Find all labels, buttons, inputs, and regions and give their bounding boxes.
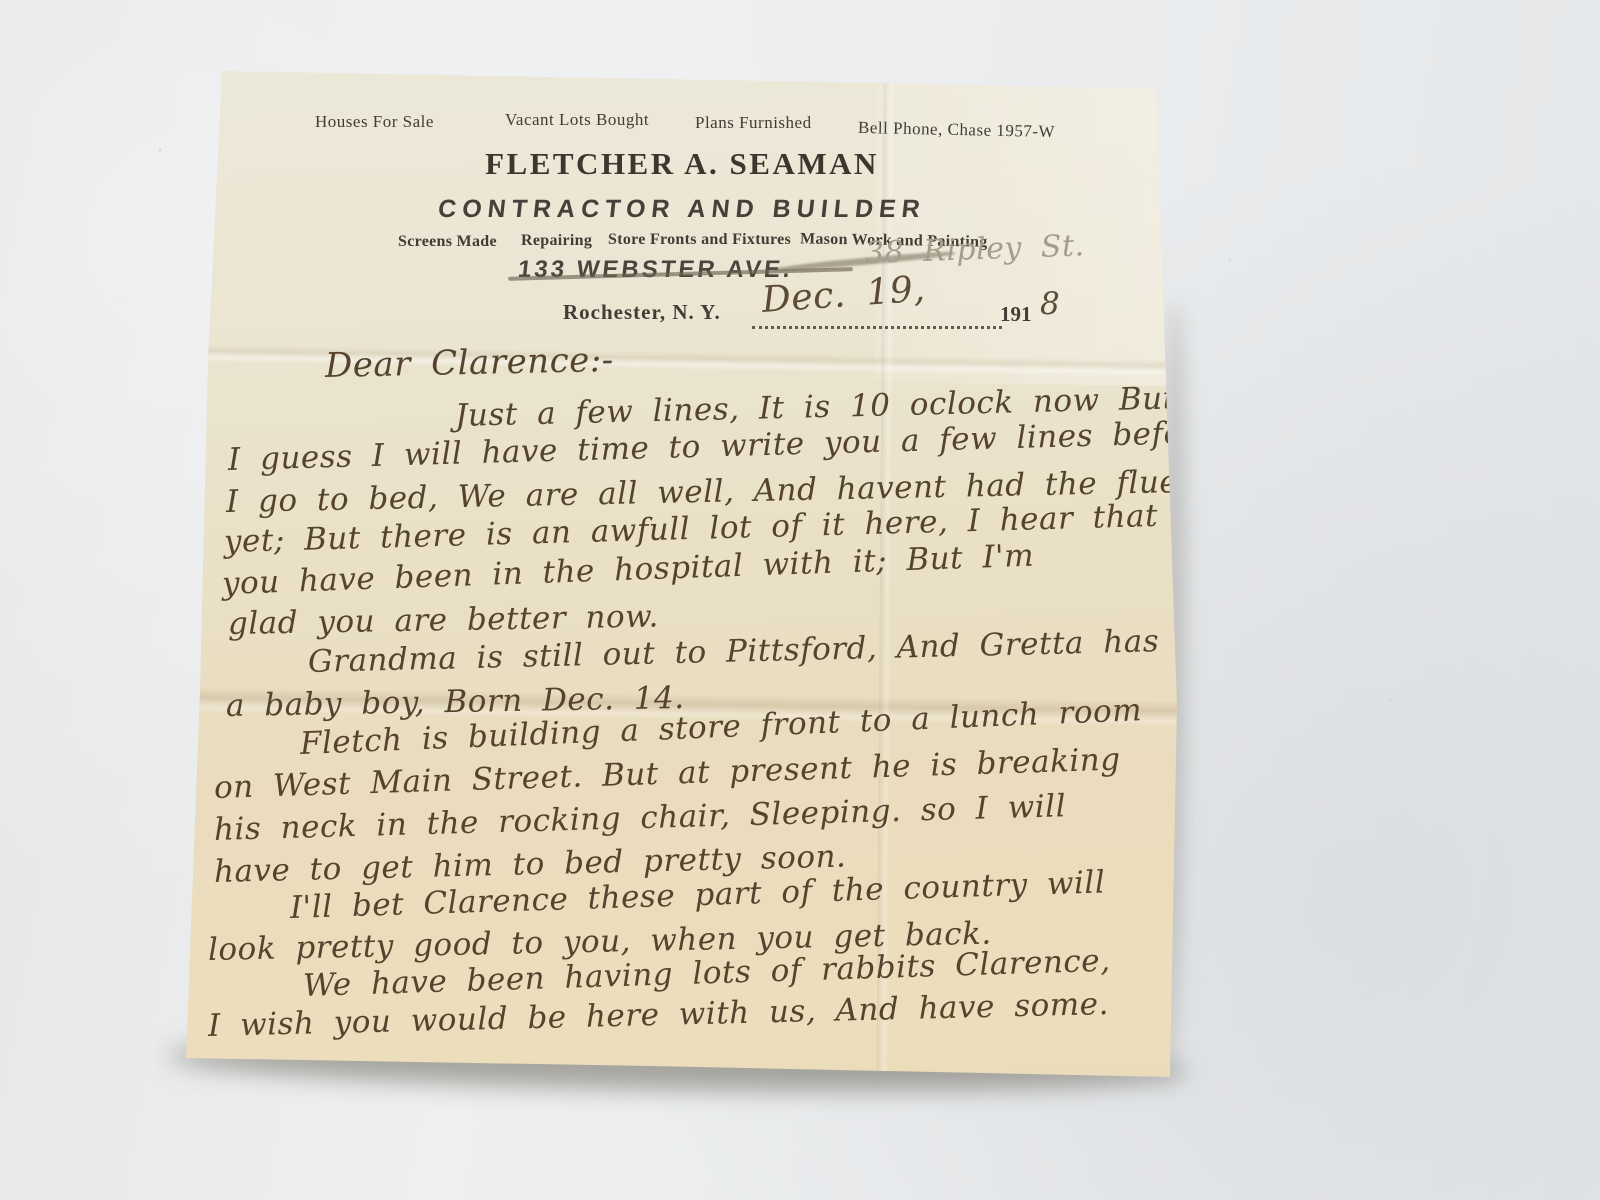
printed-year-prefix: 191 (1000, 302, 1032, 327)
letterhead-city: Rochester, N. Y. (563, 300, 721, 325)
letterhead-phone: Bell Phone, Chase 1957-W (858, 118, 1055, 142)
photo-of-letter: Houses For Sale Vacant Lots Bought Plans… (0, 0, 1600, 1200)
fold-flap-highlight (874, 64, 1170, 386)
letterhead-service-repairing: Repairing (521, 232, 592, 250)
letter-salutation: Dear Clarence:- (325, 340, 615, 386)
letterhead-service-storefronts: Store Fronts and Fixtures (608, 231, 791, 249)
letterhead-company-name: FLETCHER A. SEAMAN (432, 146, 932, 182)
letterhead-company-role: CONTRACTOR AND BUILDER (380, 195, 983, 224)
letterhead-service-lots: Vacant Lots Bought (505, 110, 649, 130)
letterhead-service-plans: Plans Furnished (695, 113, 812, 133)
letterhead-service-houses: Houses For Sale (315, 112, 434, 132)
letterhead-service-screens: Screens Made (398, 233, 497, 251)
handwritten-year-digit: 8 (1040, 286, 1060, 322)
letter-line: glad you are better now. (228, 598, 659, 642)
